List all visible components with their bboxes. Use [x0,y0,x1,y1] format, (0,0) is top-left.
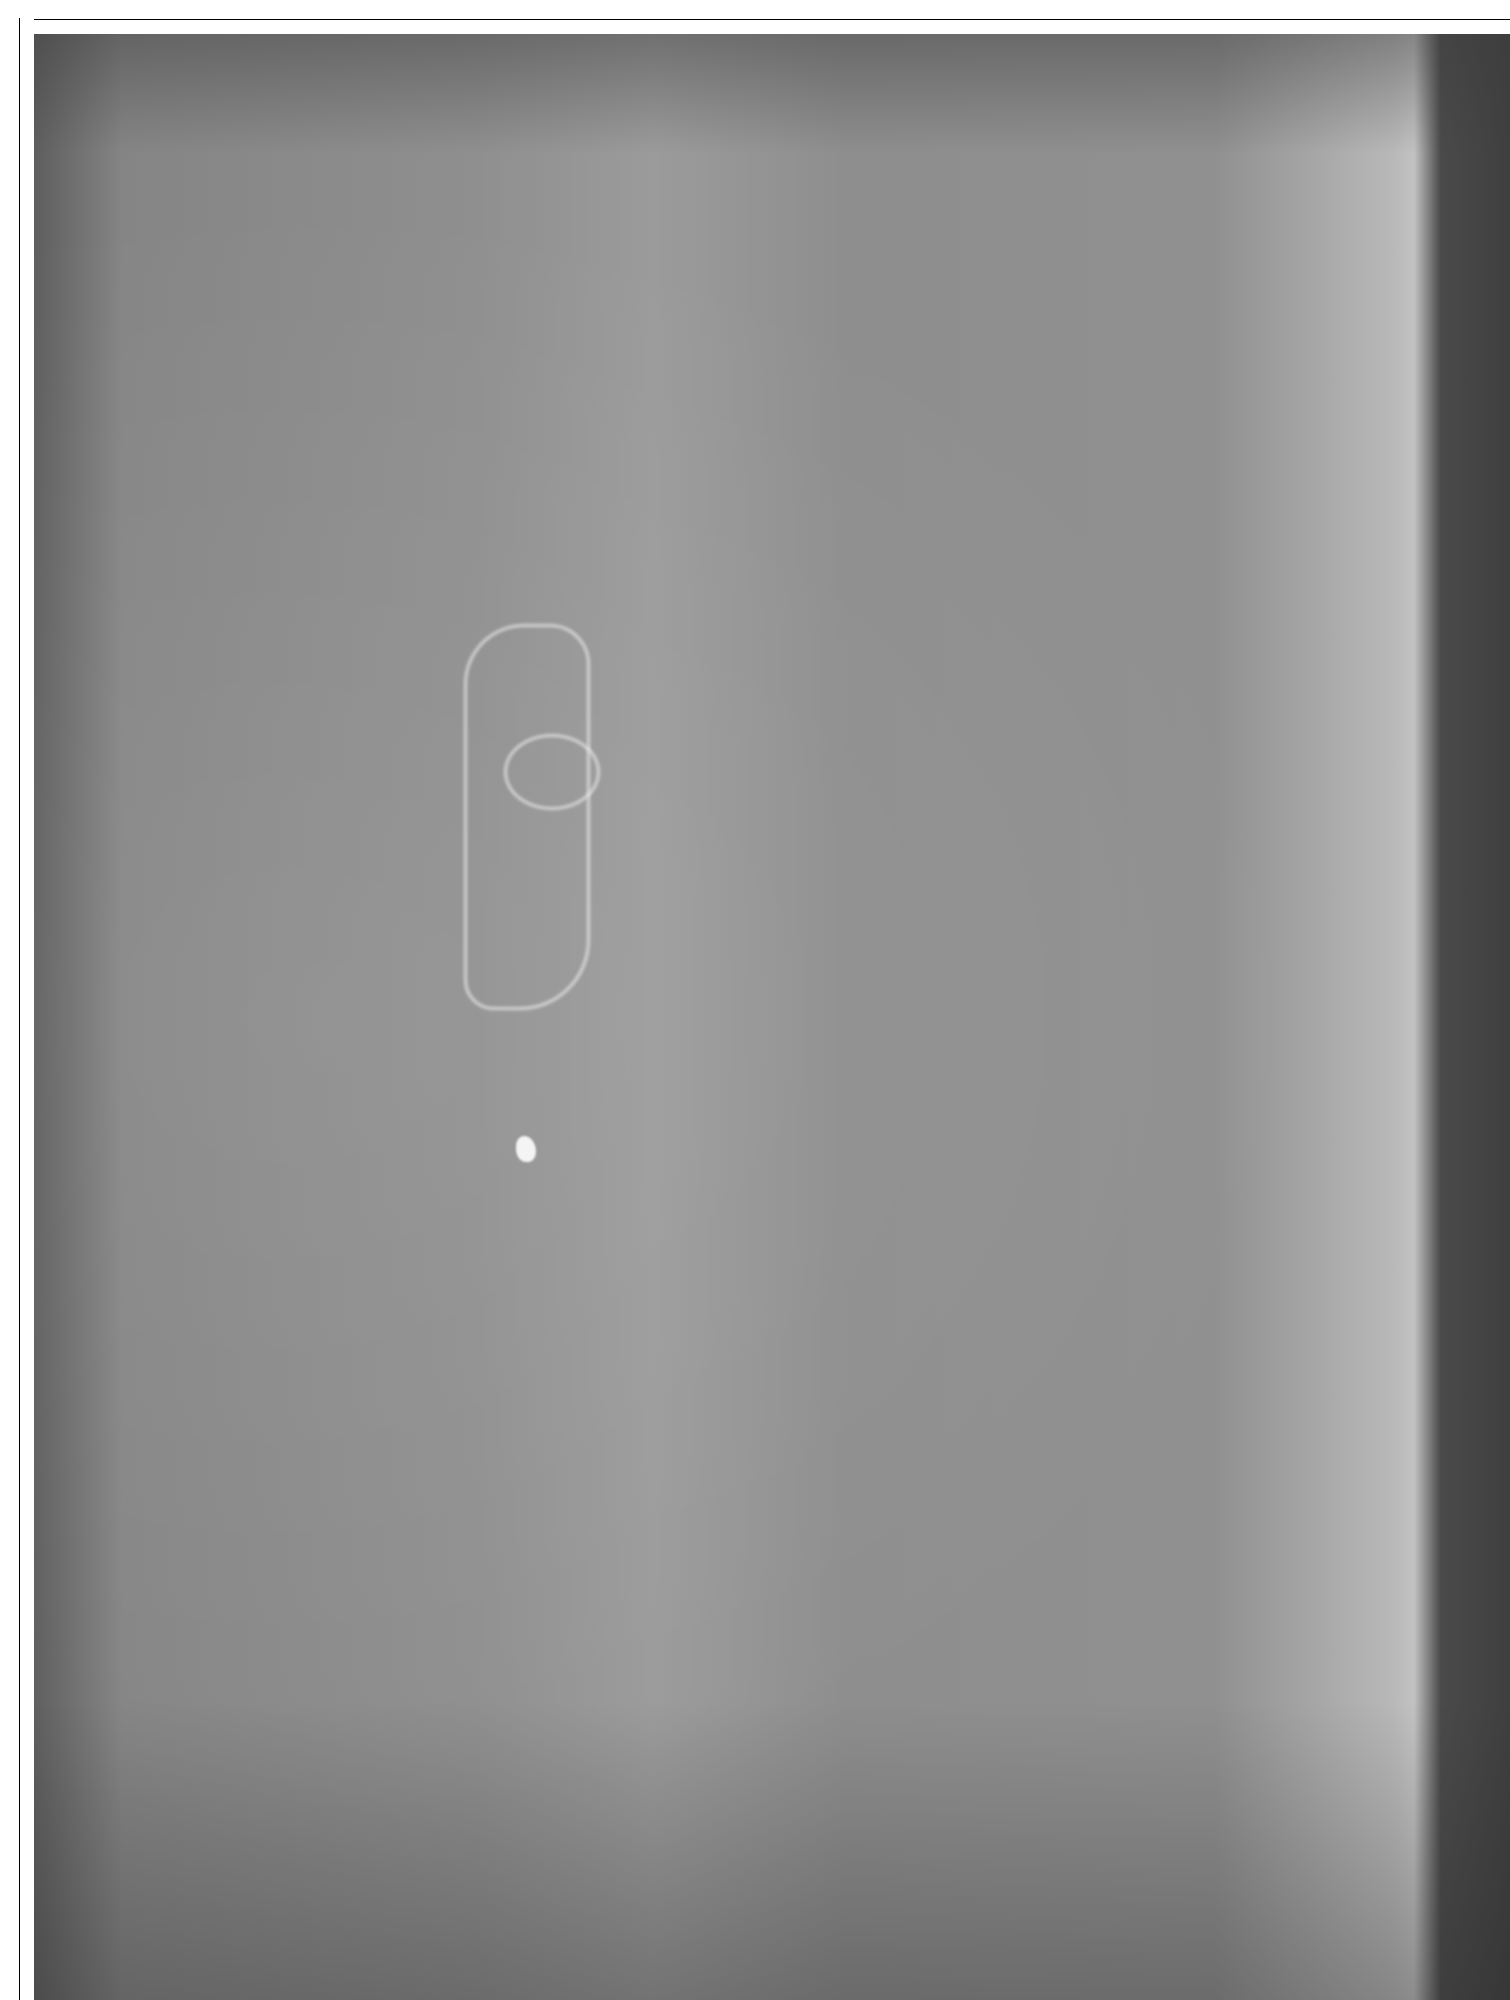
horizontal-ruler [0,0,1510,34]
water-stain-lobe [504,734,600,810]
manuscript-scan [34,34,1510,2000]
white-spot [516,1136,536,1162]
water-stain [464,624,590,1010]
vertical-ruler [0,0,34,2000]
